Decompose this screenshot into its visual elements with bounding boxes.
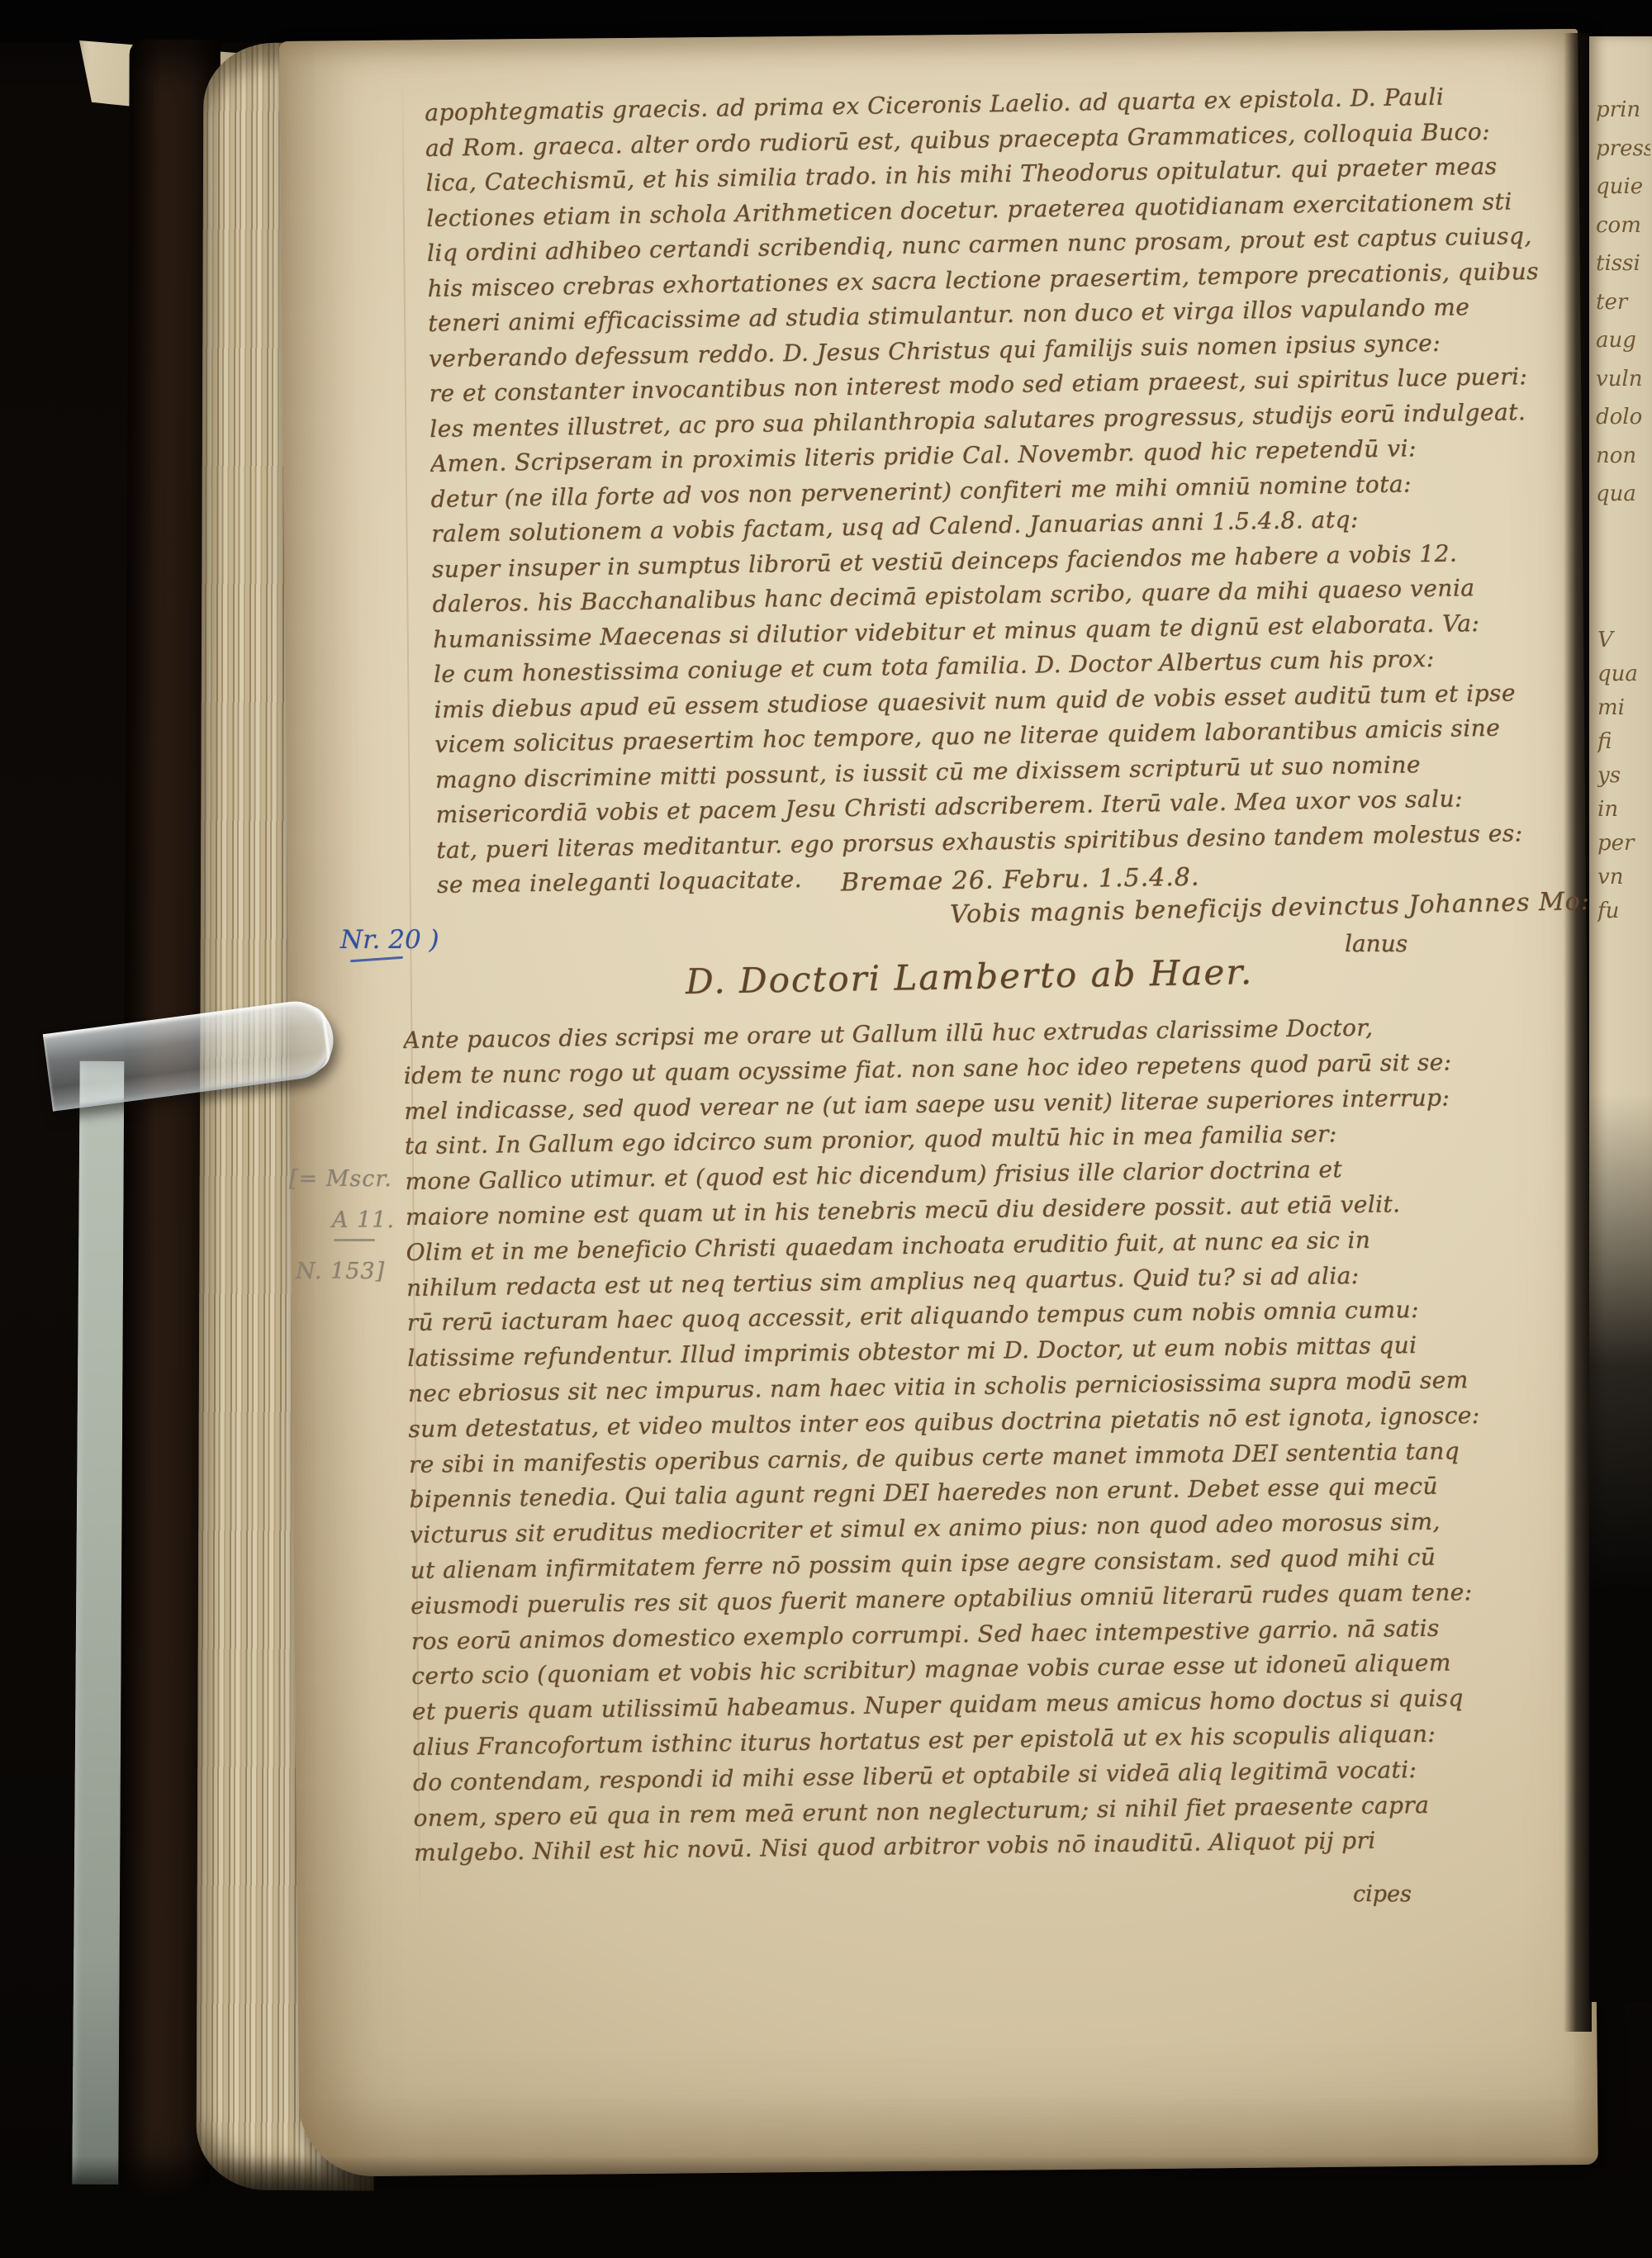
letter2-catchword: cipes: [1353, 1881, 1412, 1907]
manuscript-line: fi: [1597, 729, 1652, 763]
adjacent-page-shadow: [1589, 1093, 1652, 2002]
manuscript-line: mi: [1597, 695, 1652, 729]
manuscript-line: prin: [1596, 97, 1650, 136]
manuscript-line: non: [1596, 444, 1650, 482]
manuscript-line: com: [1596, 213, 1650, 252]
manuscript-line: per: [1597, 831, 1652, 865]
letter1-text-block: apophtegmatis graecis. ad prima ex Cicer…: [425, 81, 1587, 906]
archival-number-blue: Nr. 20 ): [340, 925, 439, 955]
manuscript-line: ys: [1597, 763, 1652, 797]
manuscript-line: ter: [1596, 290, 1650, 329]
manuscript-line: aug: [1596, 328, 1650, 367]
manuscript-line: vuln: [1596, 367, 1650, 406]
manuscript-line: vn: [1597, 865, 1652, 899]
adjacent-page-fragments-bottom: Vquamifiysinpervnfu: [1597, 628, 1652, 932]
manuscript-line: press: [1596, 136, 1650, 175]
letter1-dateline: Bremae 26. Febru. 1.5.4.8.: [841, 863, 1200, 898]
manuscript-line: fu: [1597, 899, 1652, 932]
pencil-reference-line1: [= Mscr.: [289, 1166, 392, 1192]
manuscript-photo: apophtegmatis graecis. ad prima ex Cicer…: [0, 0, 1652, 2258]
adjacent-page-fragments-top: prinpressquiecomtissiteraugvulndolononqu…: [1596, 97, 1650, 520]
letter2-text-block: Ante paucos dies scripsi me orare ut Gal…: [403, 1011, 1587, 1875]
manuscript-line: qua: [1597, 662, 1652, 695]
manuscript-line: in: [1597, 797, 1652, 831]
letter1-signature-wrap: lanus: [1345, 930, 1408, 957]
manuscript-line: tissi: [1596, 251, 1650, 290]
manuscript-line: quie: [1596, 174, 1650, 213]
manuscript-line: qua: [1596, 481, 1650, 520]
manuscript-line: dolo: [1596, 405, 1650, 444]
pencil-reference-underline: [334, 1239, 375, 1241]
pencil-reference-line2: A 11.: [332, 1207, 395, 1233]
pencil-reference-line3: N. 153]: [296, 1259, 385, 1284]
manuscript-line: V: [1597, 628, 1652, 662]
backdrop-bottom: [0, 2156, 1652, 2258]
